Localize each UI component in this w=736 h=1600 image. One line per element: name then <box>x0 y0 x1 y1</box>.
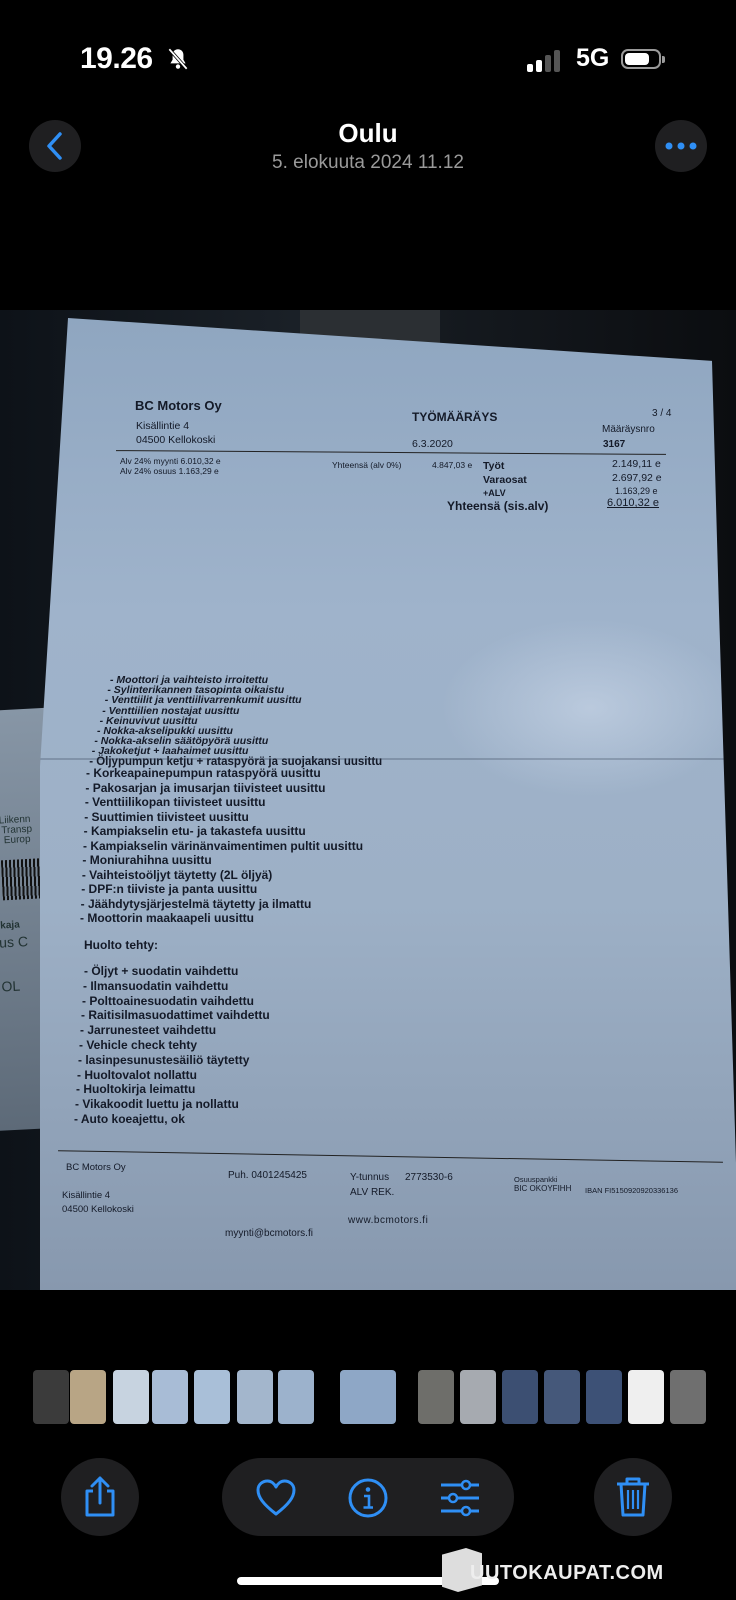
thumbnail-document-photo-2[interactable] <box>152 1370 188 1424</box>
light-glare <box>440 618 736 798</box>
work-item: - Pakosarjan ja imusarjan tiivisteet uus… <box>85 781 325 795</box>
order-label: Määräysnro <box>602 424 655 435</box>
thumbnail-document-photo-current[interactable] <box>340 1370 396 1424</box>
work-item: - Moottorin maakaapeli uusittu <box>80 911 254 925</box>
subtotal-value: 4.847,03 e <box>432 460 472 470</box>
work-item: - Kampiakselin etu- ja takastefa uusittu <box>84 824 306 838</box>
totals-label: +ALV <box>483 488 506 498</box>
service-item: - Jarrunesteet vaihdettu <box>80 1023 216 1037</box>
paper-fragment: us C <box>0 933 28 950</box>
thumbnail-booster-photo[interactable] <box>418 1370 454 1424</box>
service-item: - Ilmansuodatin vaihdettu <box>83 979 228 993</box>
work-item: - Venttiilikopan tiivisteet uusittu <box>85 795 266 809</box>
paper-fragment: kaja <box>0 920 20 932</box>
watermark: UUTOKAUPAT.COM <box>470 1562 664 1585</box>
thumbnail-strip[interactable] <box>0 1370 736 1426</box>
adjust-button[interactable] <box>439 1477 481 1519</box>
service-item: - lasinpesunustesäiliö täytetty <box>78 1053 249 1067</box>
thumbnail-blue-car-photo-3[interactable] <box>586 1370 622 1424</box>
totals-value: 2.149,11 e <box>612 458 661 470</box>
work-order-document: BC Motors Oy Kisällintie 4 04500 Kelloko… <box>40 318 736 1290</box>
service-item: - Vehicle check tehty <box>79 1038 197 1052</box>
document-title: TYÖMÄÄRÄYS <box>412 410 497 424</box>
order-number: 3167 <box>603 439 625 450</box>
divider <box>116 450 666 455</box>
service-item: - Huoltovalot nollattu <box>77 1068 197 1082</box>
work-item: - Jäähdytysjärjestelmä täytetty ja ilmat… <box>81 897 312 911</box>
footer-phone: Puh. 0401245425 <box>228 1170 307 1181</box>
footer-address-2: 04500 Kellokoski <box>62 1204 134 1215</box>
status-time: 19.26 <box>80 42 153 76</box>
company-name: BC Motors Oy <box>135 398 222 413</box>
thumbnail-blue-car-photo-1[interactable] <box>502 1370 538 1424</box>
work-item: - DPF:n tiiviste ja panta uusittu <box>81 882 257 896</box>
totals-value: 2.697,92 e <box>612 472 662 484</box>
photo-location-title: Oulu <box>0 118 736 149</box>
totals-label: Työt <box>483 460 504 472</box>
footer-ytunnus-label: Y-tunnus <box>350 1172 389 1183</box>
battery-icon <box>621 49 661 69</box>
footer-divider <box>58 1150 723 1163</box>
status-bar: 19.26 5G <box>0 40 736 80</box>
work-item: - Kampiakselin värinänvaimentimen pultit… <box>83 839 363 853</box>
thumbnail-document-photo-5[interactable] <box>278 1370 314 1424</box>
trash-icon <box>614 1475 652 1519</box>
photo-date: 5. elokuuta 2024 11.12 <box>0 152 736 174</box>
barcode <box>1 858 43 900</box>
service-item: - Öljyt + suodatin vaihdettu <box>84 964 238 978</box>
more-options-button[interactable] <box>655 120 707 172</box>
ellipsis-icon <box>664 141 698 151</box>
service-item: - Raitisilmasuodattimet vaihdettu <box>81 1008 270 1022</box>
service-heading: Huolto tehty: <box>84 938 158 952</box>
photo-viewer[interactable]: Liikenn Transp Europ kaja us C OL BC Mot… <box>0 310 736 1290</box>
footer-ytunnus: 2773530-6 <box>405 1172 453 1183</box>
thumbnail-blue-car-photo-2[interactable] <box>544 1370 580 1424</box>
work-item: - Suuttimien tiivisteet uusittu <box>84 810 249 824</box>
footer-email: myynti@bcmotors.fi <box>225 1228 313 1239</box>
network-type: 5G <box>576 44 609 73</box>
footer-bank: Osuuspankki <box>514 1175 557 1184</box>
grand-total-label: Yhteensä (sis.alv) <box>447 499 548 513</box>
share-icon <box>81 1475 119 1519</box>
paper-fragment: Europ <box>4 834 31 846</box>
favorite-button[interactable] <box>255 1477 297 1519</box>
page-number: 3 / 4 <box>652 408 671 419</box>
work-item: - Vaihteistoöljyt täytetty (2L öljyä) <box>82 868 273 882</box>
footer-bic: BIC OKOYFIHH <box>514 1184 571 1193</box>
company-address-1: Kisällintie 4 <box>136 420 189 432</box>
thumbnail-article-screenshot[interactable] <box>628 1370 664 1424</box>
work-item: - Korkeapainepumpun rataspyörä uusittu <box>86 766 321 780</box>
service-item: - Vikakoodit luettu ja nollattu <box>75 1097 239 1111</box>
thumbnail-part-photo[interactable] <box>70 1370 106 1424</box>
footer-alv: ALV REK. <box>350 1187 394 1198</box>
photo-actions-group <box>222 1458 514 1536</box>
footer-company: BC Motors Oy <box>66 1162 126 1173</box>
signal-strength-icon <box>527 50 563 72</box>
thumbnail-garage-car-photo[interactable] <box>670 1370 706 1424</box>
thumbnail-silver-car-photo[interactable] <box>460 1370 496 1424</box>
footer-address-1: Kisällintie 4 <box>62 1190 110 1201</box>
document-date: 6.3.2020 <box>412 438 453 450</box>
paper-fragment: OL <box>1 978 20 995</box>
bell-slash-icon <box>165 46 191 72</box>
company-address-2: 04500 Kellokoski <box>136 434 215 446</box>
service-item: - Polttoainesuodatin vaihdettu <box>82 994 254 1008</box>
thumbnail-document-photo-1[interactable] <box>113 1370 149 1424</box>
sliders-icon <box>439 1478 481 1518</box>
totals-value: 1.163,29 e <box>615 486 658 496</box>
thumbnail-document-photo-4[interactable] <box>237 1370 273 1424</box>
vat-sales: Alv 24% myynti 6.010,32 e <box>120 456 221 466</box>
info-button[interactable] <box>347 1477 389 1519</box>
work-item: - Moniurahihna uusittu <box>82 853 211 867</box>
vat-share: Alv 24% osuus 1.163,29 e <box>120 466 219 476</box>
thumbnail-engine-photo[interactable] <box>33 1370 69 1424</box>
share-button[interactable] <box>61 1458 139 1536</box>
info-icon <box>347 1477 389 1519</box>
service-item: - Auto koeajettu, ok <box>74 1112 185 1126</box>
heart-icon <box>255 1478 297 1518</box>
footer-web: www.bcmotors.fi <box>348 1215 428 1226</box>
grand-total-value: 6.010,32 e <box>607 497 659 509</box>
totals-label: Varaosat <box>483 474 527 486</box>
delete-button[interactable] <box>594 1458 672 1536</box>
service-item: - Huoltokirja leimattu <box>76 1082 195 1096</box>
thumbnail-document-photo-3[interactable] <box>194 1370 230 1424</box>
subtotal-label: Yhteensä (alv 0%) <box>332 460 401 470</box>
footer-iban: IBAN FI5150920920336136 <box>585 1186 678 1195</box>
